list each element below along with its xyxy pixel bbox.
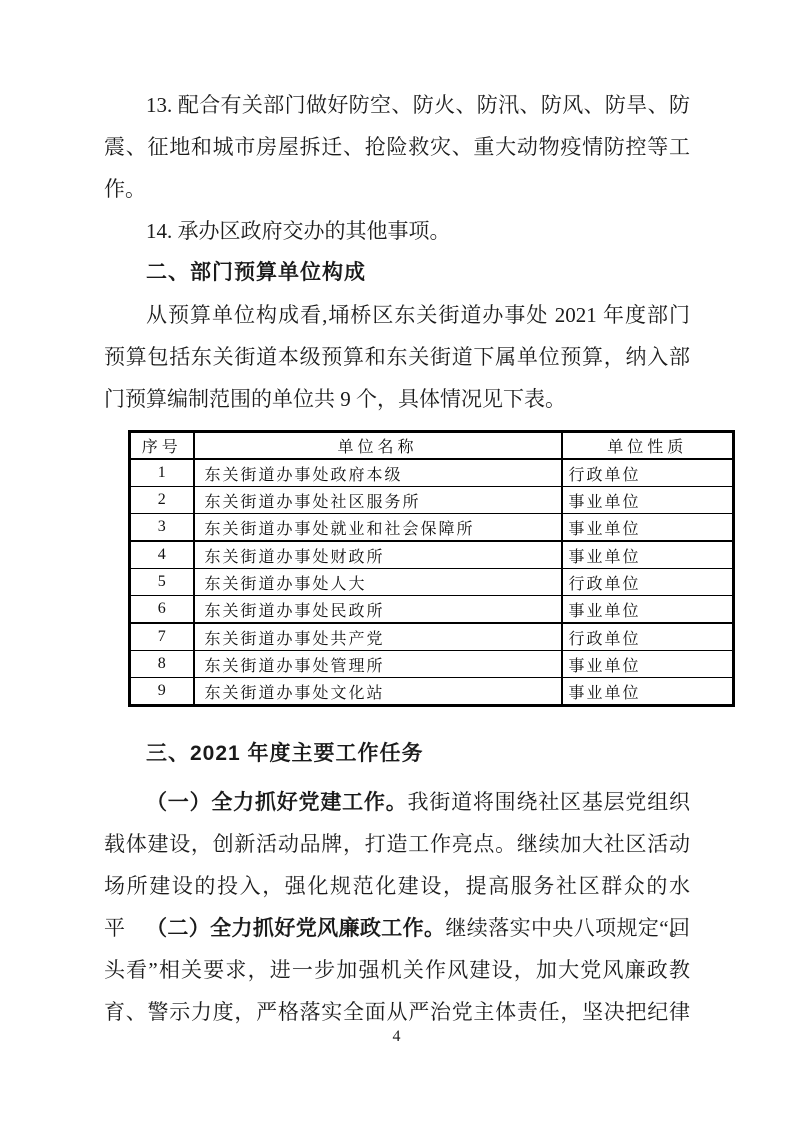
text-line: 震、征地和城市房屋拆迁、抢险救灾、重大动物疫情防控等工 bbox=[104, 126, 690, 168]
cell-unit-type: 事业单位 bbox=[562, 651, 734, 678]
text-segment: 我街道将围绕社区基层党组织 bbox=[408, 790, 691, 814]
table-row: 5 东关街道办事处人大 行政单位 bbox=[130, 569, 734, 596]
table-row: 2 东关街道办事处社区服务所 事业单位 bbox=[130, 487, 734, 514]
text-line: 门预算编制范围的单位共 9 个，具体情况见下表。 bbox=[104, 378, 690, 420]
text-line: 从预算单位构成看,埇桥区东关街道办事处 2021 年度部门 bbox=[104, 294, 690, 336]
text-line: 预算包括东关街道本级预算和东关街道下属单位预算，纳入部 bbox=[104, 336, 690, 378]
cell-unit-type: 事业单位 bbox=[562, 487, 734, 514]
cell-unit-name: 东关街道办事处管理所 bbox=[194, 651, 562, 678]
section-heading-2021-tasks: 三、2021 年度主要工作任务 bbox=[104, 733, 690, 775]
column-header-unit-name: 单位名称 bbox=[194, 432, 562, 460]
text-line: （一）全力抓好党建工作。我街道将围绕社区基层党组织 bbox=[104, 781, 690, 823]
cell-unit-type: 事业单位 bbox=[562, 541, 734, 569]
column-header-no: 序号 bbox=[130, 432, 194, 460]
text-line: 场所建设的投入，强化规范化建设，提高服务社区群众的水平。 bbox=[104, 865, 690, 907]
document-body: 13. 配合有关部门做好防空、防火、防汛、防风、防旱、防 震、征地和城市房屋拆迁… bbox=[0, 0, 793, 1033]
runin-heading-party-building: （一）全力抓好党建工作。 bbox=[146, 790, 408, 814]
table-row: 9 东关街道办事处文化站 事业单位 bbox=[130, 678, 734, 706]
cell-unit-type: 行政单位 bbox=[562, 459, 734, 487]
cell-no: 1 bbox=[130, 459, 194, 487]
cell-unit-type: 行政单位 bbox=[562, 623, 734, 651]
cell-no: 6 bbox=[130, 596, 194, 624]
cell-unit-type: 事业单位 bbox=[562, 514, 734, 542]
text-line: （二）全力抓好党风廉政工作。继续落实中央八项规定“回 bbox=[104, 907, 690, 949]
document-page: 13. 配合有关部门做好防空、防火、防汛、防风、防旱、防 震、征地和城市房屋拆迁… bbox=[0, 0, 793, 1122]
cell-unit-type: 事业单位 bbox=[562, 596, 734, 624]
cell-unit-name: 东关街道办事处财政所 bbox=[194, 541, 562, 569]
cell-unit-name: 东关街道办事处社区服务所 bbox=[194, 487, 562, 514]
table-row: 1 东关街道办事处政府本级 行政单位 bbox=[130, 459, 734, 487]
page-number: 4 bbox=[0, 1022, 793, 1052]
text-line: 14. 承办区政府交办的其他事项。 bbox=[104, 210, 690, 252]
cell-no: 3 bbox=[130, 514, 194, 542]
table-row: 8 东关街道办事处管理所 事业单位 bbox=[130, 651, 734, 678]
cell-unit-name: 东关街道办事处民政所 bbox=[194, 596, 562, 624]
cell-unit-type: 事业单位 bbox=[562, 678, 734, 706]
cell-unit-name: 东关街道办事处文化站 bbox=[194, 678, 562, 706]
table-row: 7 东关街道办事处共产党 行政单位 bbox=[130, 623, 734, 651]
table-row: 6 东关街道办事处民政所 事业单位 bbox=[130, 596, 734, 624]
cell-no: 9 bbox=[130, 678, 194, 706]
cell-no: 4 bbox=[130, 541, 194, 569]
text-line: 头看”相关要求，进一步加强机关作风建设，加大党风廉政教 bbox=[104, 949, 690, 991]
text-segment: 继续落实中央八项规定“回 bbox=[445, 916, 690, 940]
cell-unit-name: 东关街道办事处人大 bbox=[194, 569, 562, 596]
cell-no: 7 bbox=[130, 623, 194, 651]
runin-heading-party-conduct: （二）全力抓好党风廉政工作。 bbox=[146, 916, 445, 940]
cell-unit-name: 东关街道办事处就业和社会保障所 bbox=[194, 514, 562, 542]
cell-no: 5 bbox=[130, 569, 194, 596]
column-header-unit-type: 单位性质 bbox=[562, 432, 734, 460]
text-line: 作。 bbox=[104, 168, 690, 210]
table-row: 4 东关街道办事处财政所 事业单位 bbox=[130, 541, 734, 569]
budget-units-table: 序号 单位名称 单位性质 1 东关街道办事处政府本级 行政单位 2 东关街道办事… bbox=[128, 430, 735, 707]
cell-unit-type: 行政单位 bbox=[562, 569, 734, 596]
text-line: 载体建设，创新活动品牌，打造工作亮点。继续加大社区活动 bbox=[104, 823, 690, 865]
cell-unit-name: 东关街道办事处共产党 bbox=[194, 623, 562, 651]
table-row: 3 东关街道办事处就业和社会保障所 事业单位 bbox=[130, 514, 734, 542]
cell-no: 2 bbox=[130, 487, 194, 514]
text-line: 13. 配合有关部门做好防空、防火、防汛、防风、防旱、防 bbox=[104, 84, 690, 126]
cell-no: 8 bbox=[130, 651, 194, 678]
cell-unit-name: 东关街道办事处政府本级 bbox=[194, 459, 562, 487]
section-heading-budget-units: 二、部门预算单位构成 bbox=[104, 252, 690, 294]
table-header-row: 序号 单位名称 单位性质 bbox=[130, 432, 734, 460]
